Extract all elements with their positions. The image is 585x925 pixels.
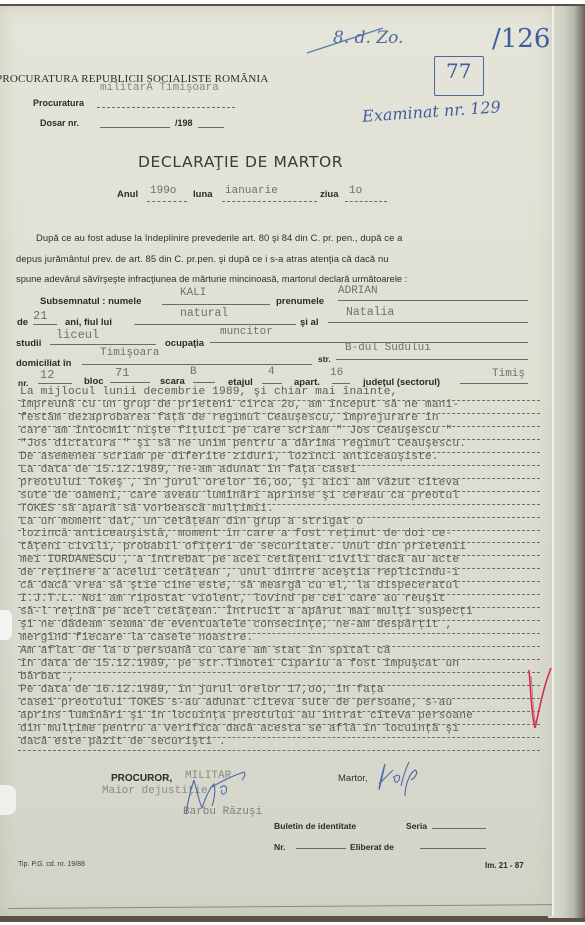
statement-line: La data de 15.12.1989, ne-am adunat în f… — [20, 464, 356, 476]
statement-line: că dacă vrea să ştie cine este, să mearg… — [20, 580, 459, 592]
dosar-suffix-line — [198, 127, 224, 128]
page-bottom-edge — [8, 904, 554, 909]
statement-line: festăm dezaprobarea faţă de regimul Ceau… — [20, 412, 439, 424]
eliberat-label: Eliberat de — [350, 842, 394, 852]
statement-line: Pe data de 16.12.1989, în jurul orelor 1… — [20, 684, 384, 696]
organization-typed: militarĂ Timişoara — [100, 82, 219, 94]
anul-line — [147, 201, 187, 202]
prenumele-line — [338, 300, 528, 301]
statement-line: aprins lumînări şi în locuinţa preotului… — [20, 710, 473, 722]
footer-print-code: Tip. P.G. cd. nr. 19/88 — [18, 861, 85, 868]
statement-line: sute de oameni, care aveau lumînări apri… — [20, 490, 459, 502]
statement-line: De asemenea scriam pe diferite ziduri, l… — [20, 451, 439, 463]
page-number-handwritten: /126 — [492, 24, 550, 54]
statement-line: de reţinere a acelui cetăţean , unul din… — [20, 567, 459, 579]
preamble-line-1: După ce au fost aduse la îndeplinire pre… — [36, 232, 402, 243]
statement-line: casei preotului TOKES s-au adunat cîteva… — [20, 697, 452, 709]
str-label: str. — [318, 354, 331, 364]
ziua-value: 1o — [349, 185, 362, 197]
statement-line: bărbat , — [20, 671, 75, 683]
prenumele-label: prenumele — [276, 296, 324, 307]
statement-line: "Jos dictatura " şi să ne unim pentru a … — [20, 438, 466, 450]
etajul-line — [262, 383, 282, 384]
ziua-label: ziua — [320, 189, 338, 200]
ani-label: ani, fiul lui — [65, 317, 112, 328]
procuror-signature — [180, 766, 260, 818]
procuror-label: PROCUROR, — [111, 773, 172, 784]
luna-line — [222, 201, 317, 202]
varsta-value: 21 — [33, 309, 47, 323]
statement-underline — [18, 672, 540, 673]
numele-value: KALI — [180, 287, 206, 299]
localitate-line — [82, 364, 312, 365]
statement-line: şi ne dădeam seama de eventualele consec… — [20, 619, 452, 631]
strada-value: B-dul Sudului — [345, 342, 431, 354]
localitate-value: Timişoara — [100, 347, 159, 359]
statement-line: din mulţime pentru a verifica dacă acest… — [20, 723, 459, 735]
statement-line: lozincă anticeauşistă, moment în care a … — [20, 528, 452, 540]
binding-tab — [0, 785, 16, 815]
strike-stroke — [305, 26, 385, 56]
subsemnatul-label: Subsemnatul : numele — [40, 296, 141, 307]
dosar-label: Dosar nr. — [40, 118, 79, 128]
seria-line — [432, 828, 486, 829]
strada-line — [336, 359, 528, 360]
statement-line: La un moment dat, un cetăţean din grup a… — [20, 516, 363, 528]
preamble-line-3: spune adevărul săvîrşeşte infracţiunea d… — [16, 273, 407, 284]
de-label: de — [17, 317, 28, 328]
ocupatia-label: ocupaţia — [165, 338, 204, 349]
martor-signature — [375, 756, 425, 806]
bloc-line — [110, 382, 150, 383]
nr-line — [38, 383, 72, 384]
numele-line — [162, 304, 270, 305]
luna-value: ianuarie — [225, 185, 278, 197]
studii-line — [50, 344, 156, 345]
judetul-line — [460, 383, 528, 384]
statement-line: să-l reţină pe acel cetăţean. Întrucît a… — [20, 606, 473, 618]
footer-form-code: Im. 21 - 87 — [485, 861, 524, 870]
etajul-value: 4 — [268, 366, 275, 378]
tatal-line — [134, 324, 296, 325]
dosar-line — [100, 127, 170, 128]
si-al-label: şi al — [300, 317, 319, 328]
scara-line — [193, 382, 215, 383]
anul-label: Anul — [117, 189, 138, 200]
bloc-value: 71 — [115, 366, 129, 380]
eliberat-line — [420, 848, 486, 849]
statement-line: mergînd fiecare la casele noastre. — [20, 632, 253, 644]
red-checkmark — [525, 666, 554, 736]
statement-line: TOKES să apară să vorbească mulţimii. — [20, 503, 274, 515]
luna-label: luna — [193, 189, 213, 200]
statement-line: tăţeni civili, probabil ofiţeri de secur… — [20, 541, 466, 553]
scara-value: B — [190, 366, 197, 378]
apart-line — [332, 383, 350, 384]
anul-value: 199o — [150, 185, 176, 197]
procuratura-label: Procuratura — [33, 98, 84, 108]
ocupatia-value: muncitor — [220, 326, 273, 338]
examined-note: Examinat nr. 129 — [362, 97, 502, 126]
ziua-line — [345, 201, 387, 202]
judetul-value: Timiş — [492, 368, 525, 380]
tatal-value: natural — [180, 307, 228, 320]
mama-line — [328, 322, 528, 323]
procuratura-line — [97, 107, 235, 108]
document-title: DECLARAŢIE DE MARTOR — [138, 153, 343, 171]
nr-id-line — [296, 848, 346, 849]
statement-line: care am întocmit nişte fiţuici pe care s… — [20, 425, 452, 437]
boxed-number: 77 — [446, 59, 471, 83]
prenumele-value: ADRIAN — [338, 285, 378, 297]
martor-label: Martor, — [338, 773, 368, 784]
mama-value: Natalia — [346, 306, 394, 319]
statement-line: mei IORDANESCU , a întrebat pe acei cetă… — [20, 554, 459, 566]
seria-label: Seria — [406, 821, 427, 831]
preamble-line-2: depus jurământul prev. de art. 85 din C.… — [16, 253, 389, 264]
statement-line: I.J.T.L. Noi am ripostat violent, lovind… — [20, 593, 446, 605]
statement-line: dacă este păzit de securişti . — [20, 736, 226, 748]
buletin-label: Buletin de identitate — [274, 821, 356, 831]
nr-id-label: Nr. — [274, 842, 285, 852]
dosar-suffix: /198 — [175, 118, 193, 128]
apart-value: 16 — [330, 367, 343, 379]
nr-value: 12 — [40, 368, 54, 382]
statement-line: La mijlocul lunii decembrie 1989, şi chi… — [20, 386, 398, 398]
statement-underline — [18, 750, 540, 751]
statement-line: împreună cu un grup de prieteni circa 2o… — [20, 399, 459, 411]
studii-value: liceul — [56, 328, 99, 342]
varsta-line — [33, 324, 57, 325]
studii-label: studii — [16, 338, 41, 349]
statement-line: în data de 15.12.1989, pe str.Timotei Ci… — [20, 658, 459, 670]
statement-line: Am aflat de la o persoană cu care am sta… — [20, 645, 391, 657]
statement-line: preotului Tokeş , în jurul orelor 16,oo,… — [20, 477, 459, 489]
document-page: PROCURATURA REPUBLICII SOCIALISTE ROMÂNI… — [0, 6, 554, 916]
binding-tab — [0, 610, 12, 640]
